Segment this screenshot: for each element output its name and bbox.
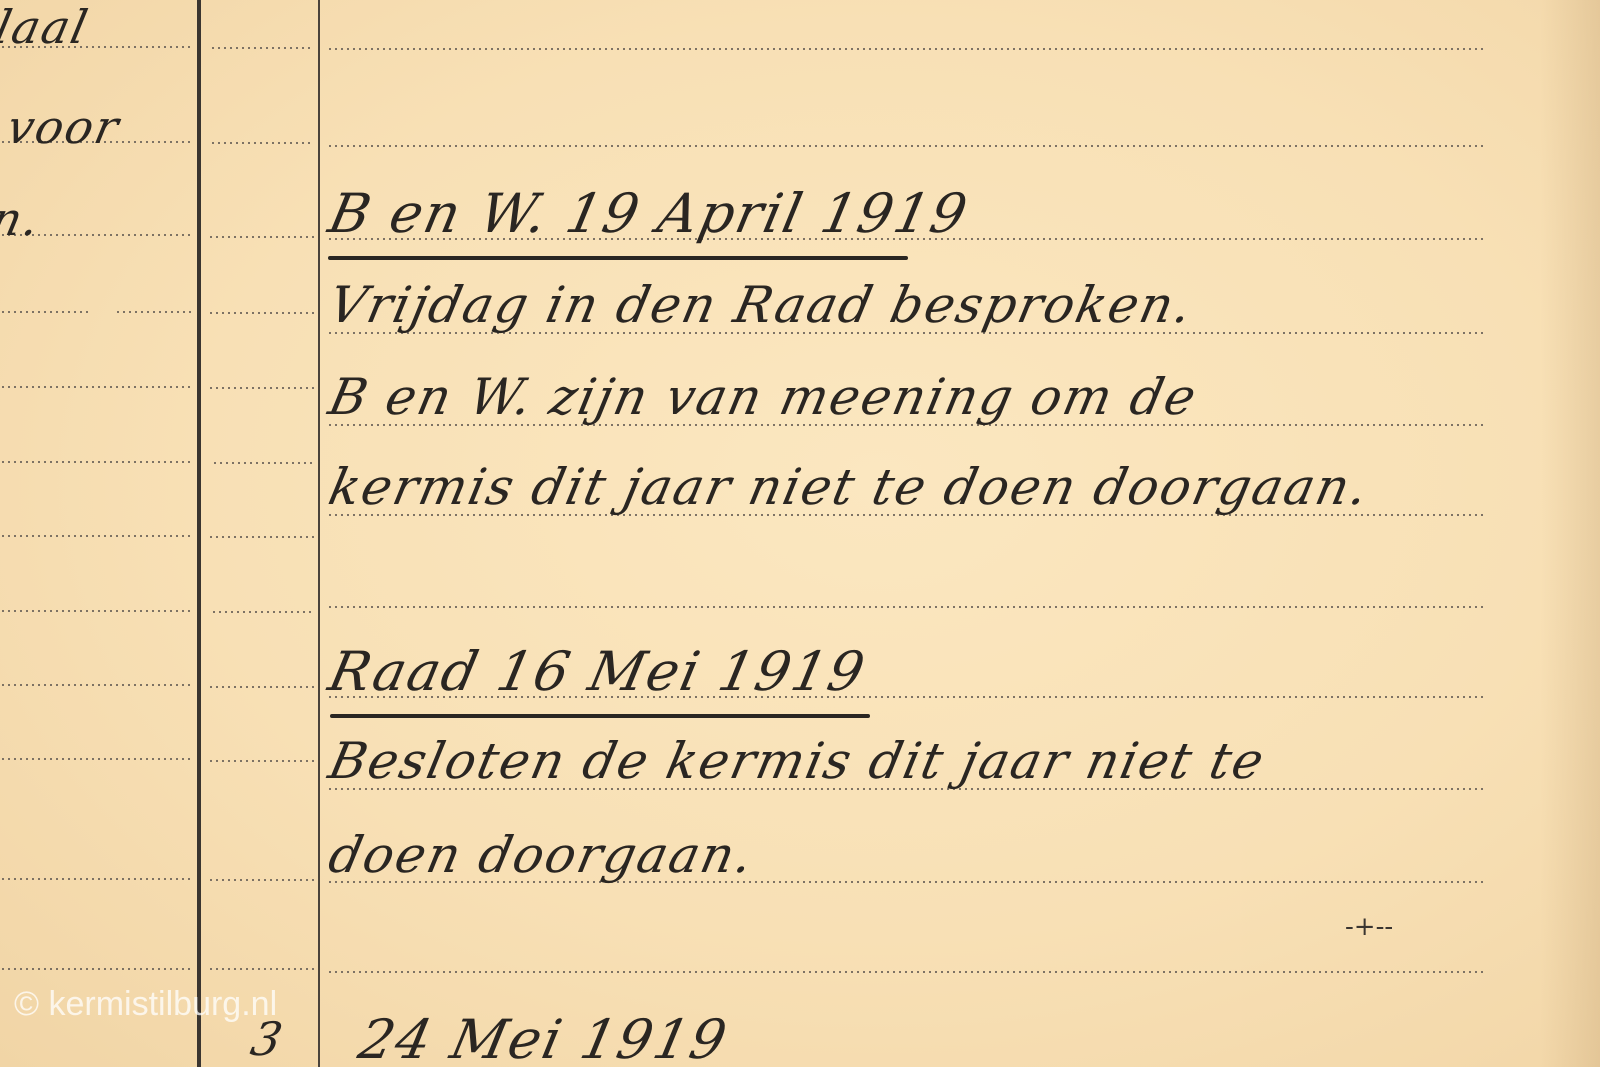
entry-line: Besloten de kermis dit jaar niet te <box>324 732 1271 790</box>
end-cross-mark: -+-- <box>1345 912 1393 942</box>
ruled-line <box>208 536 314 538</box>
ruled-line <box>0 968 192 970</box>
ruled-line <box>208 879 314 881</box>
ruled-line <box>0 461 192 463</box>
ruled-line <box>208 686 314 688</box>
ruled-line <box>212 462 314 464</box>
ruled-line <box>0 610 192 612</box>
ruled-line <box>208 387 314 389</box>
ruled-line <box>0 535 192 537</box>
ruled-line <box>208 236 314 238</box>
margin-fragment: laal <box>0 0 94 54</box>
ruled-line <box>0 684 192 686</box>
ruled-line <box>0 878 192 880</box>
entry-heading: Raad 16 Mei 1919 <box>323 640 871 703</box>
ruled-line <box>208 968 314 970</box>
ruled-line <box>115 311 192 313</box>
entry-line: Vrijdag in den Raad besproken. <box>324 276 1199 334</box>
copyright-watermark: © kermistilburg.nl <box>14 985 277 1024</box>
ruled-line <box>208 312 314 314</box>
ledger-page: laal voor n. B en W. 19 April 1919 Vrijd… <box>0 0 1600 1067</box>
entry-line: B en W. zijn van meening om de <box>324 368 1203 426</box>
column-divider-left <box>197 0 201 1067</box>
page-edge-shadow <box>1540 0 1600 1067</box>
ruled-line <box>0 386 192 388</box>
margin-fragment: n. <box>0 192 46 246</box>
ruled-line <box>0 758 192 760</box>
entry-heading-partial: 24 Mei 1919 <box>353 1008 733 1067</box>
ruled-line <box>327 971 1485 973</box>
column-divider-right <box>318 0 320 1067</box>
entry-heading: B en W. 19 April 1919 <box>323 182 974 245</box>
entry-line: kermis dit jaar niet te doen doorgaan. <box>324 458 1375 516</box>
ruled-line <box>327 145 1485 147</box>
margin-fragment: voor <box>2 100 125 154</box>
ruled-line <box>211 611 314 613</box>
ruled-line <box>0 311 92 313</box>
ruled-line <box>210 47 314 49</box>
ruled-line <box>208 760 314 762</box>
ruled-line <box>327 606 1485 608</box>
entry-line: doen doorgaan. <box>324 826 760 884</box>
heading-underline <box>328 256 908 260</box>
ruled-line <box>210 142 314 144</box>
ruled-line <box>327 48 1485 50</box>
heading-underline <box>330 714 870 718</box>
